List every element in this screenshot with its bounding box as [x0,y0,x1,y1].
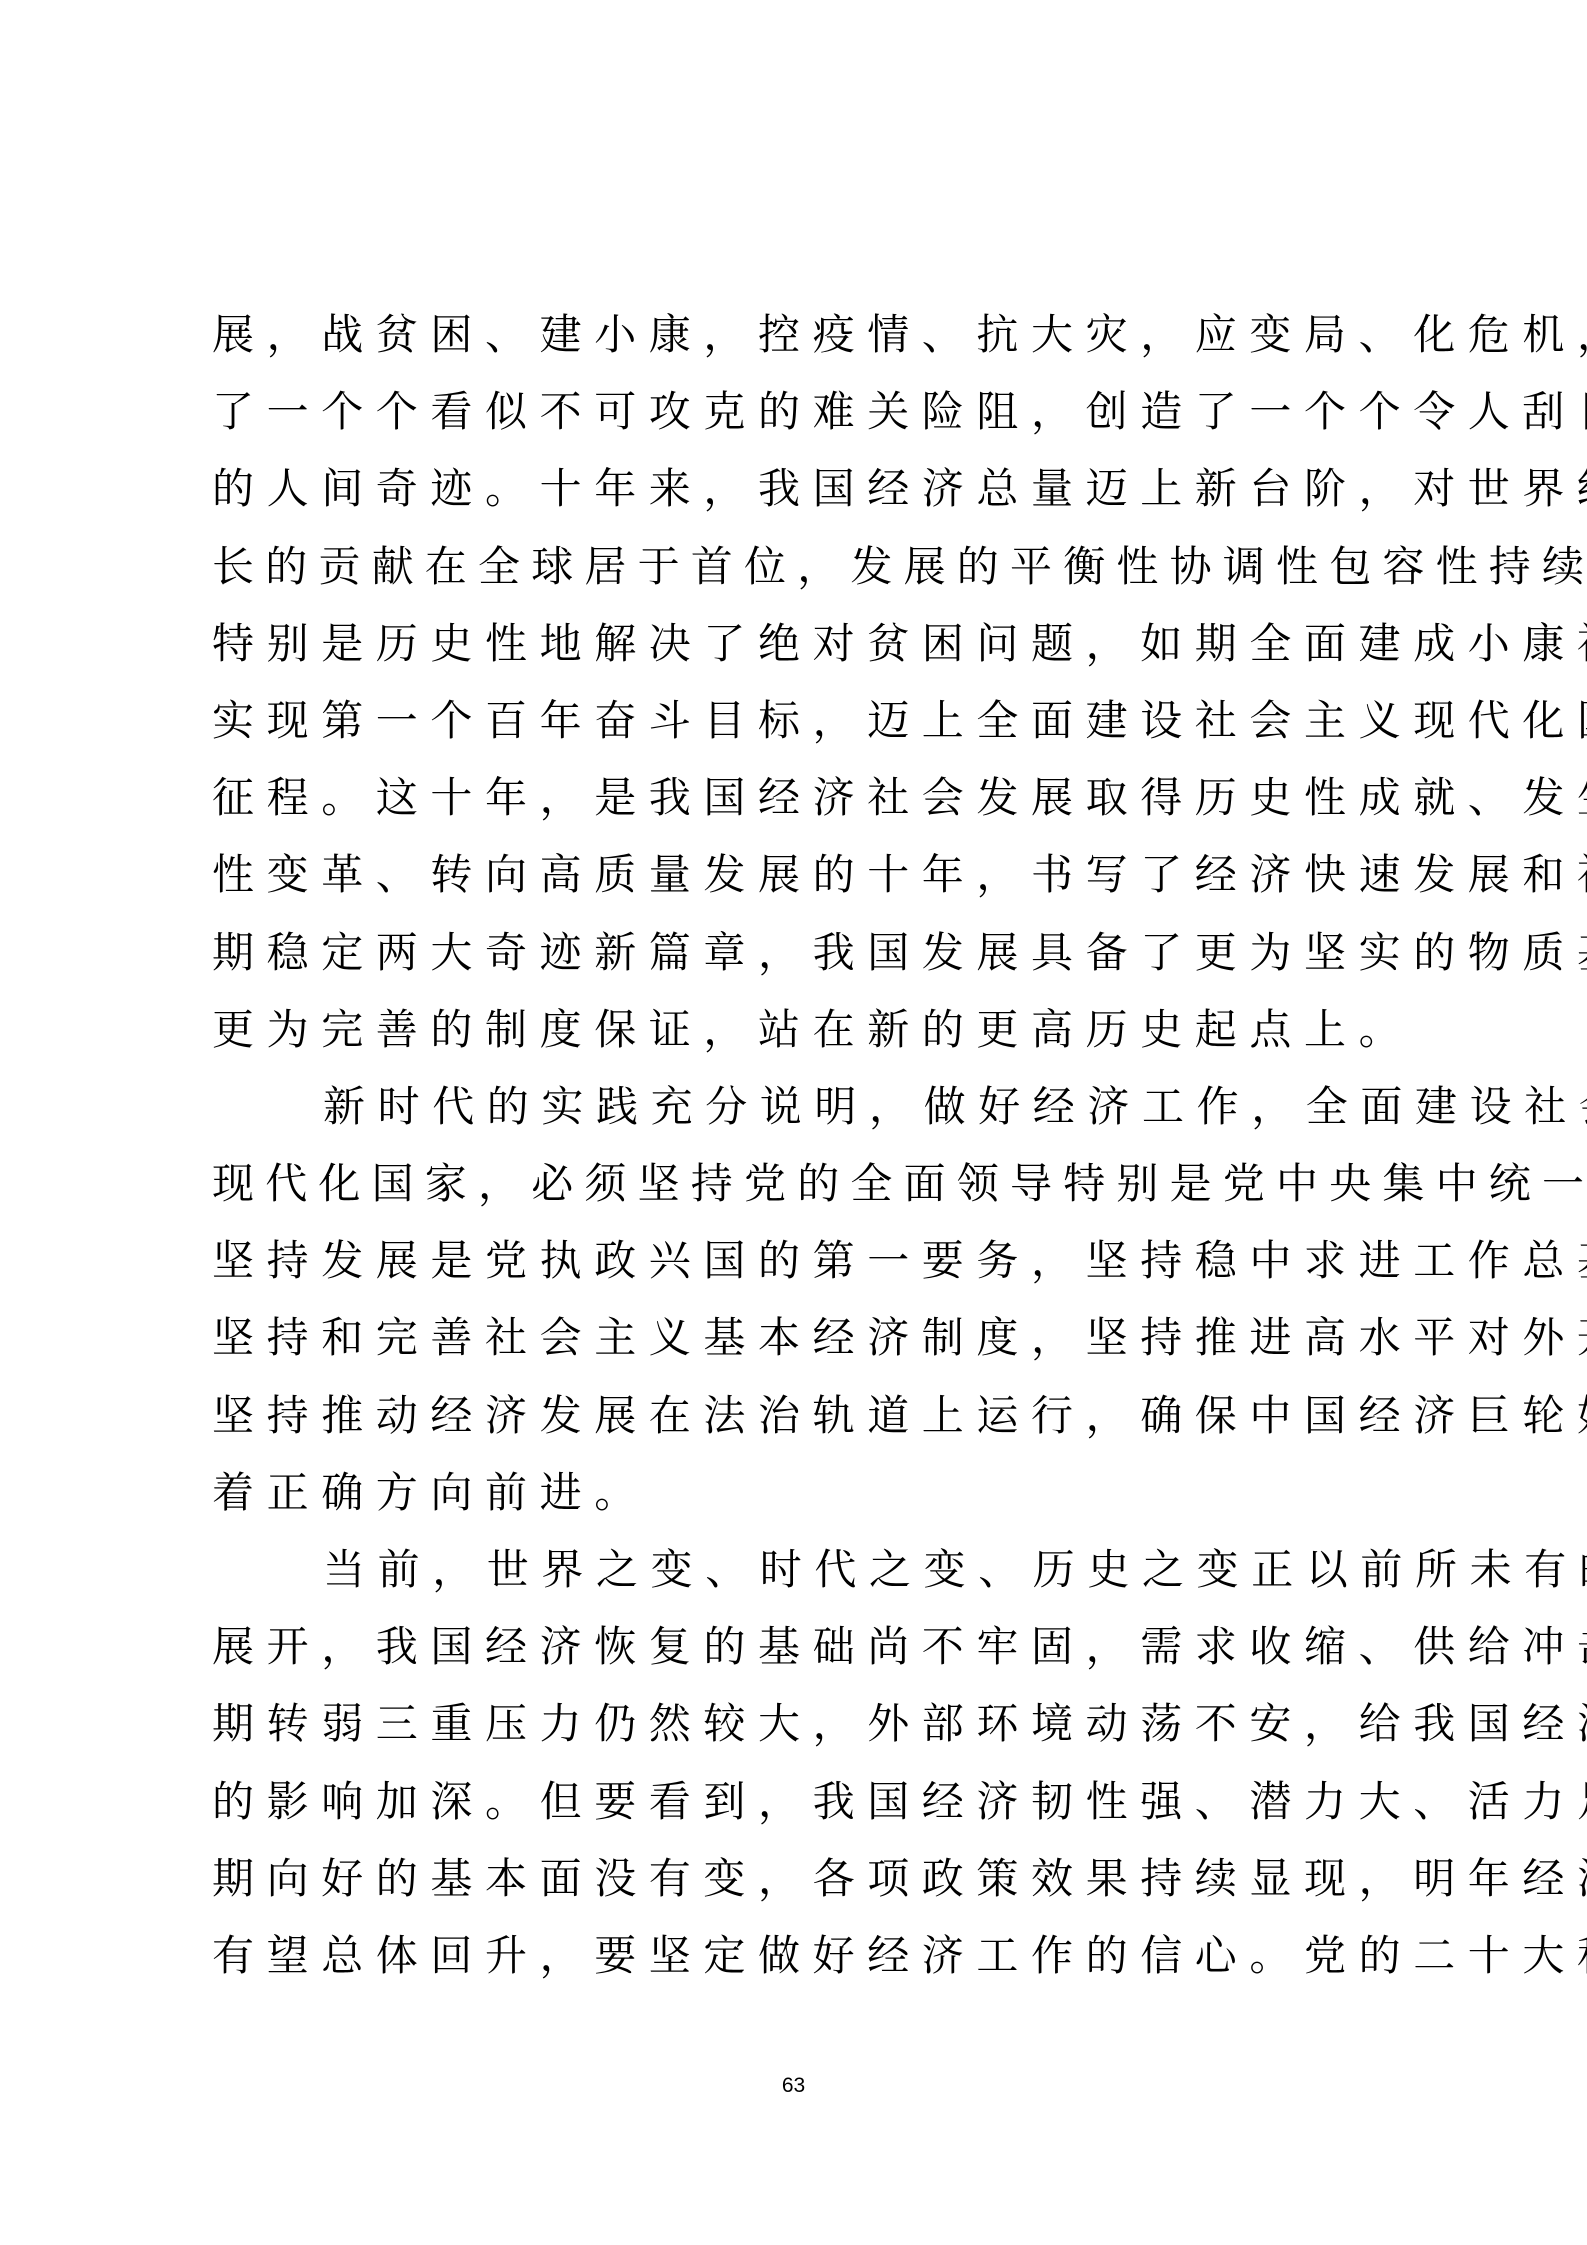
text-line: 有望总体回升，要坚定做好经济工作的信心。党的二十大科学把 [212,1917,1392,1994]
text-line: 了一个个看似不可攻克的难关险阻，创造了一个个令人刮目相看 [212,373,1392,450]
text-line: 坚持推动经济发展在法治轨道上运行，确保中国经济巨轮始终沿 [212,1377,1392,1454]
text-line: 征程。这十年，是我国经济社会发展取得历史性成就、发生历史 [212,759,1392,836]
text-line: 当前，世界之变、时代之变、历史之变正以前所未有的方式 [212,1531,1392,1608]
text-line: 着正确方向前进。 [212,1454,1392,1531]
text-line: 展开，我国经济恢复的基础尚不牢固，需求收缩、供给冲击、预 [212,1608,1392,1685]
paragraph-2: 新时代的实践充分说明，做好经济工作，全面建设社会主义 现代化国家，必须坚持党的全… [212,1068,1392,1531]
text-line: 长的贡献在全球居于首位，发展的平衡性协调性包容性持续提高。 [212,528,1392,605]
document-page: 展，战贫困、建小康，控疫情、抗大灾，应变局、化危机，攻克 了一个个看似不可攻克的… [0,0,1587,2245]
text-line: 新时代的实践充分说明，做好经济工作，全面建设社会主义 [212,1068,1392,1145]
text-line: 期稳定两大奇迹新篇章，我国发展具备了更为坚实的物质基础、 [212,914,1392,991]
paragraph-3: 当前，世界之变、时代之变、历史之变正以前所未有的方式 展开，我国经济恢复的基础尚… [212,1531,1392,1994]
text-line: 期转弱三重压力仍然较大，外部环境动荡不安，给我国经济带来 [212,1685,1392,1762]
text-line: 展，战贫困、建小康，控疫情、抗大灾，应变局、化危机，攻克 [212,296,1392,373]
text-line: 更为完善的制度保证，站在新的更高历史起点上。 [212,991,1392,1068]
paragraph-1: 展，战贫困、建小康，控疫情、抗大灾，应变局、化危机，攻克 了一个个看似不可攻克的… [212,296,1392,1068]
text-line: 的人间奇迹。十年来，我国经济总量迈上新台阶，对世界经济增 [212,450,1392,527]
text-line: 现代化国家，必须坚持党的全面领导特别是党中央集中统一领导， [212,1145,1392,1222]
body-text: 展，战贫困、建小康，控疫情、抗大灾，应变局、化危机，攻克 了一个个看似不可攻克的… [212,296,1392,1994]
page-number: 63 [0,2074,1587,2098]
text-line: 性变革、转向高质量发展的十年，书写了经济快速发展和社会长 [212,836,1392,913]
text-line: 特别是历史性地解决了绝对贫困问题，如期全面建成小康社会， [212,605,1392,682]
text-line: 期向好的基本面没有变，各项政策效果持续显现，明年经济运行 [212,1840,1392,1917]
text-line: 实现第一个百年奋斗目标，迈上全面建设社会主义现代化国家新 [212,682,1392,759]
text-line: 坚持和完善社会主义基本经济制度，坚持推进高水平对外开放， [212,1299,1392,1376]
text-line: 的影响加深。但要看到，我国经济韧性强、潜力大、活力足，长 [212,1763,1392,1840]
text-line: 坚持发展是党执政兴国的第一要务，坚持稳中求进工作总基调， [212,1222,1392,1299]
